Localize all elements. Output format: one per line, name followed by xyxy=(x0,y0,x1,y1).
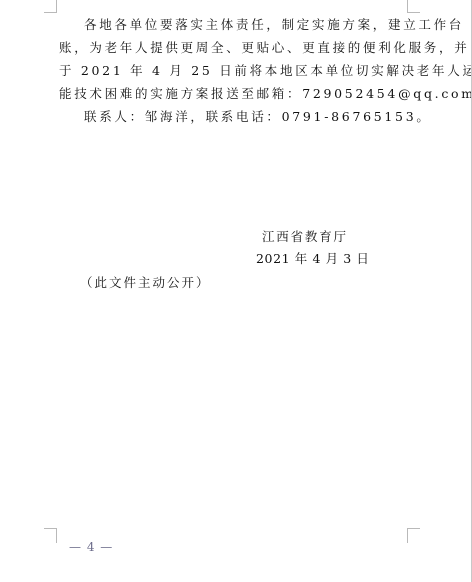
signature-organization: 江西省教育厅 xyxy=(262,229,348,245)
bottom-left-margin-mark xyxy=(44,528,57,543)
disclosure-note: （此文件主动公开） xyxy=(80,275,211,291)
body-text-line: 于 2021 年 4 月 25 日前将本地区本单位切实解决老年人运用智 xyxy=(59,63,409,79)
body-text-line: 账，为老年人提供更周全、更贴心、更直接的便利化服务，并 xyxy=(59,40,409,56)
document-page: 各地各单位要落实主体责任，制定实施方案，建立工作台 账，为老年人提供更周全、更贴… xyxy=(0,0,471,582)
body-text-line: 能技术困难的实施方案报送至邮箱：729052454@qq.com。 xyxy=(59,86,409,102)
contact-line: 联系人：邹海洋，联系电话：0791-86765153。 xyxy=(84,109,434,125)
page-number: — 4 — xyxy=(69,540,113,554)
bottom-right-margin-mark xyxy=(407,528,420,543)
body-text-line: 各地各单位要落实主体责任，制定实施方案，建立工作台 xyxy=(84,17,434,33)
top-left-margin-mark xyxy=(44,0,57,13)
signature-date: 2021 年 4 月 3 日 xyxy=(256,251,369,267)
top-right-margin-mark xyxy=(407,0,420,13)
